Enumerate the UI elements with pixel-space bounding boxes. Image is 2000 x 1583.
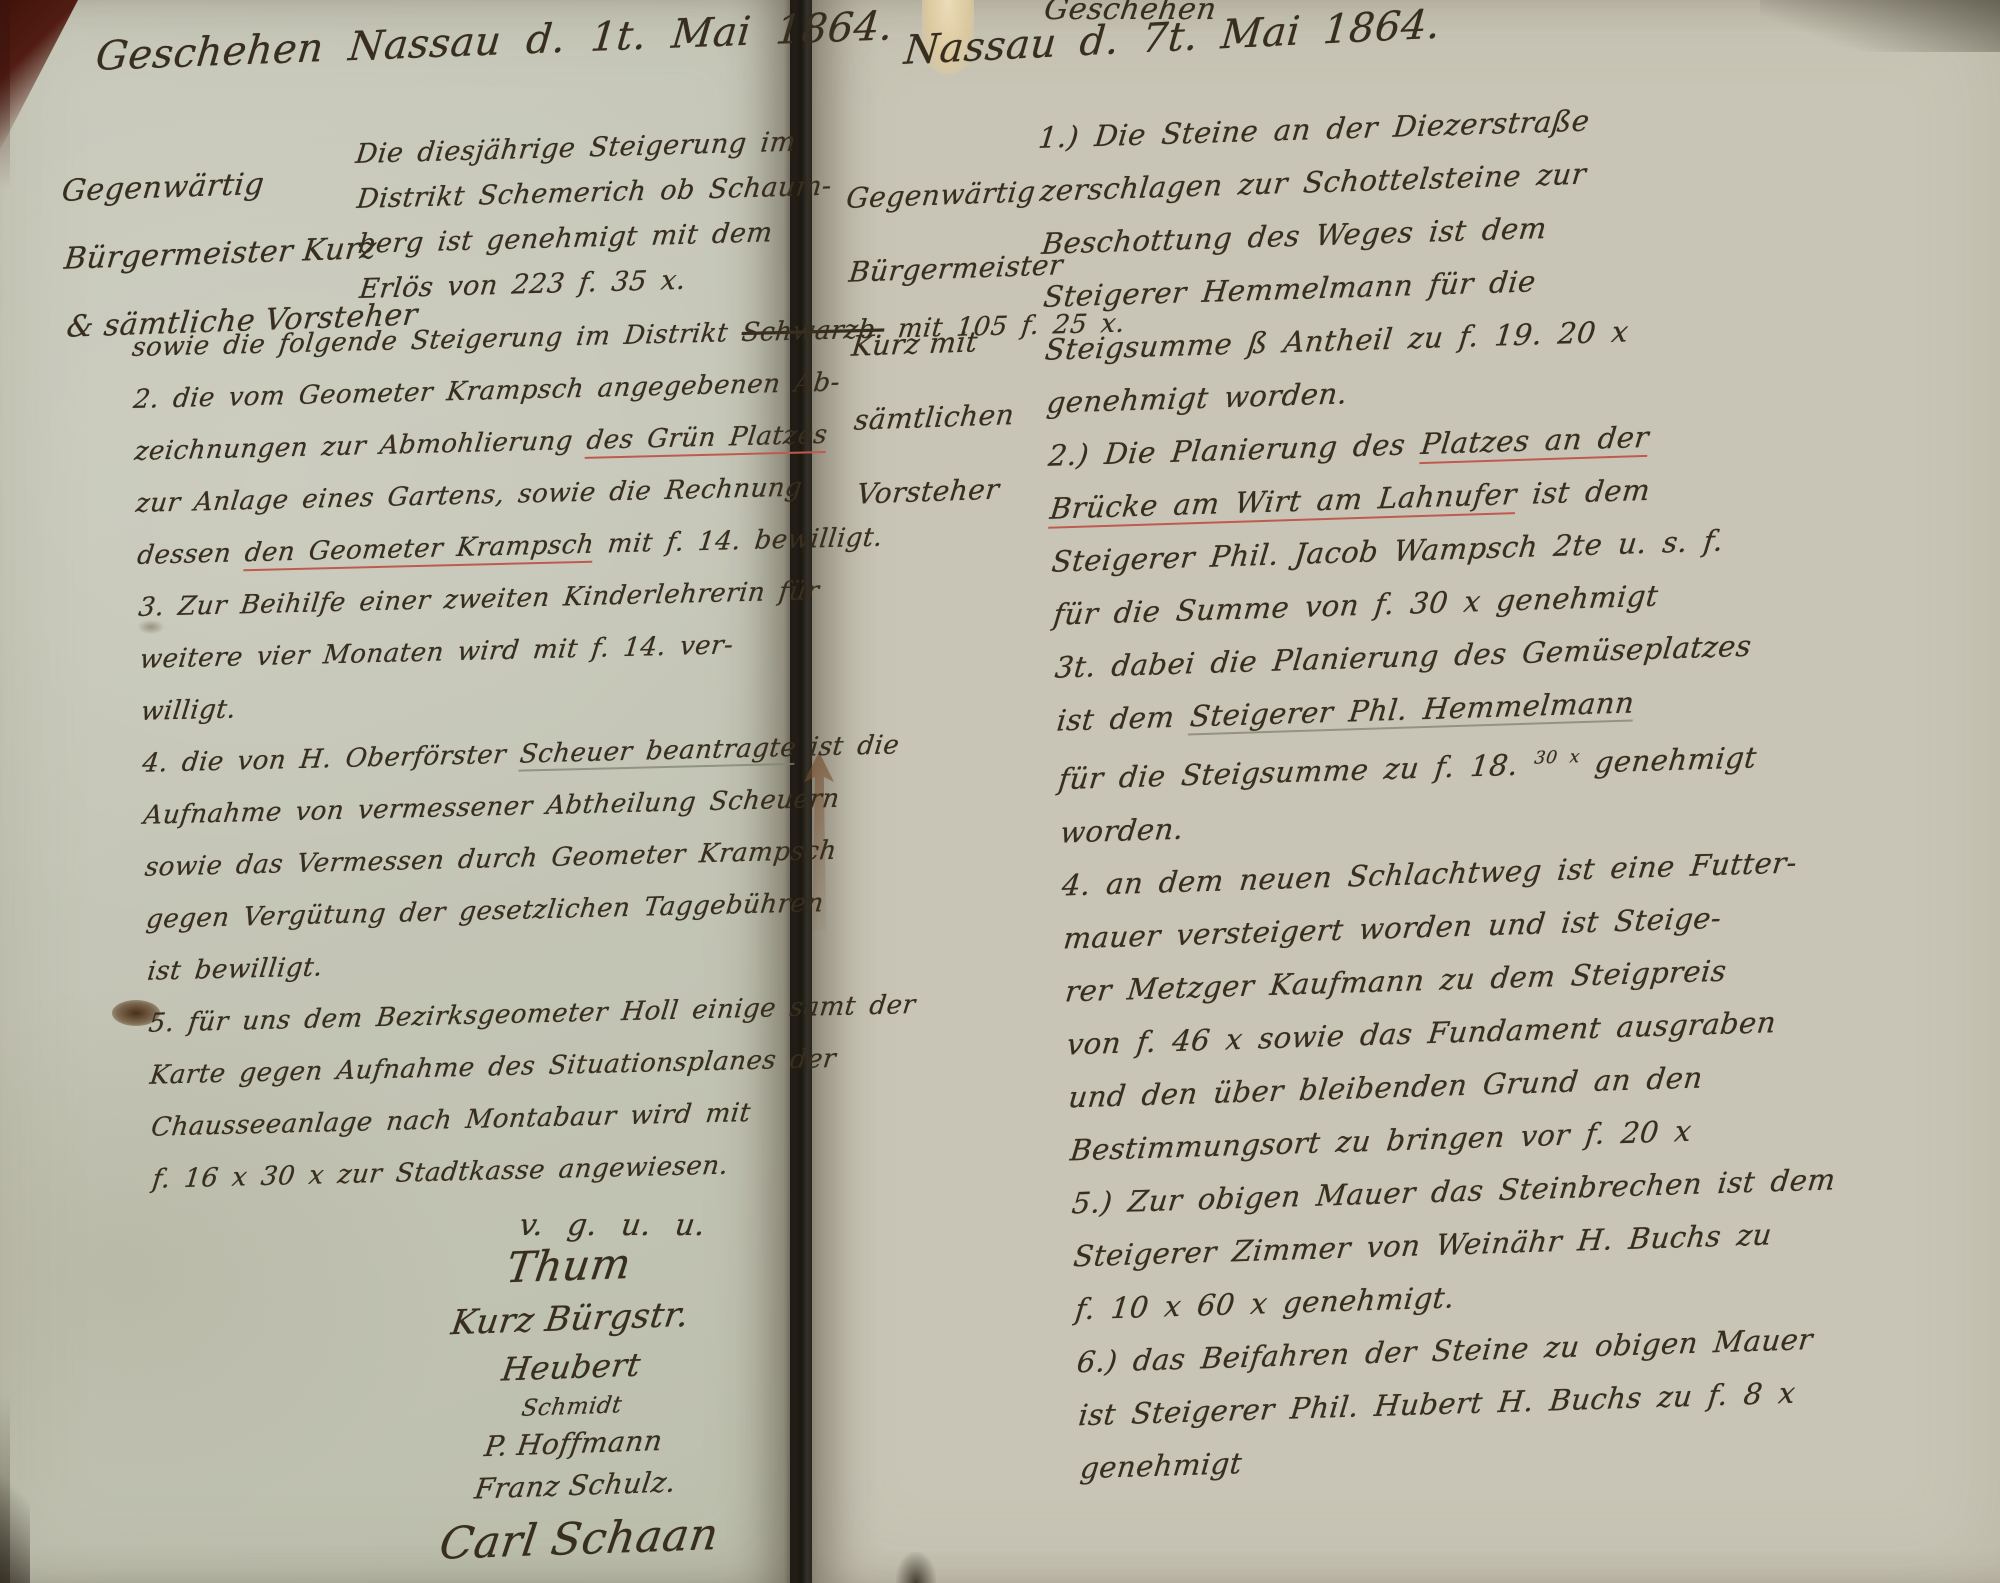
text-line: Gegenwärtig	[843, 154, 1065, 236]
text-line: Bürgermeister	[845, 228, 1067, 310]
shadow-corner-top-right	[1760, 0, 2000, 52]
right-page-numbered-items: 1.) Die Steine an der Diezerstraßezersch…	[1034, 88, 1841, 1495]
text-line: sämtlichen	[850, 376, 1072, 458]
left-page-intro-paragraph: Die diesjährige Steigerung imDistrikt Sc…	[352, 119, 832, 312]
text-segment: Steigerer Phl. Hemmelmann	[1188, 685, 1636, 735]
right-page-margin-attendees: GegenwärtigBürgermeisterKurz mitsämtlich…	[840, 155, 1067, 532]
text-segment: den Geometer Krampsch	[243, 530, 596, 572]
text-line: Carl Schaan	[410, 1502, 749, 1578]
text-segment: Brücke am Wirt am Lahnufer	[1048, 477, 1519, 529]
shadow-corner-bottom-left	[0, 1453, 30, 1583]
page-edge-left	[0, 0, 10, 1583]
text-segment: des Grün Platzes	[585, 420, 830, 459]
text-segment: Scheuer beantragte	[518, 733, 798, 772]
text-line: Kurz mit	[848, 302, 1070, 384]
text-line: Vorsteher	[853, 450, 1075, 532]
text-segment: Platzes an der	[1419, 420, 1651, 464]
bottom-gutter-smudge	[896, 1552, 936, 1583]
left-page-signatures: ThumKurz Bürgstr.HeubertSchmidtP. Hoffma…	[398, 1232, 739, 1577]
text-segment: 30 x	[1533, 747, 1581, 769]
scanned-document: Geschehen Nassau d. 1t. Mai 1864. Gegenw…	[0, 0, 2000, 1583]
